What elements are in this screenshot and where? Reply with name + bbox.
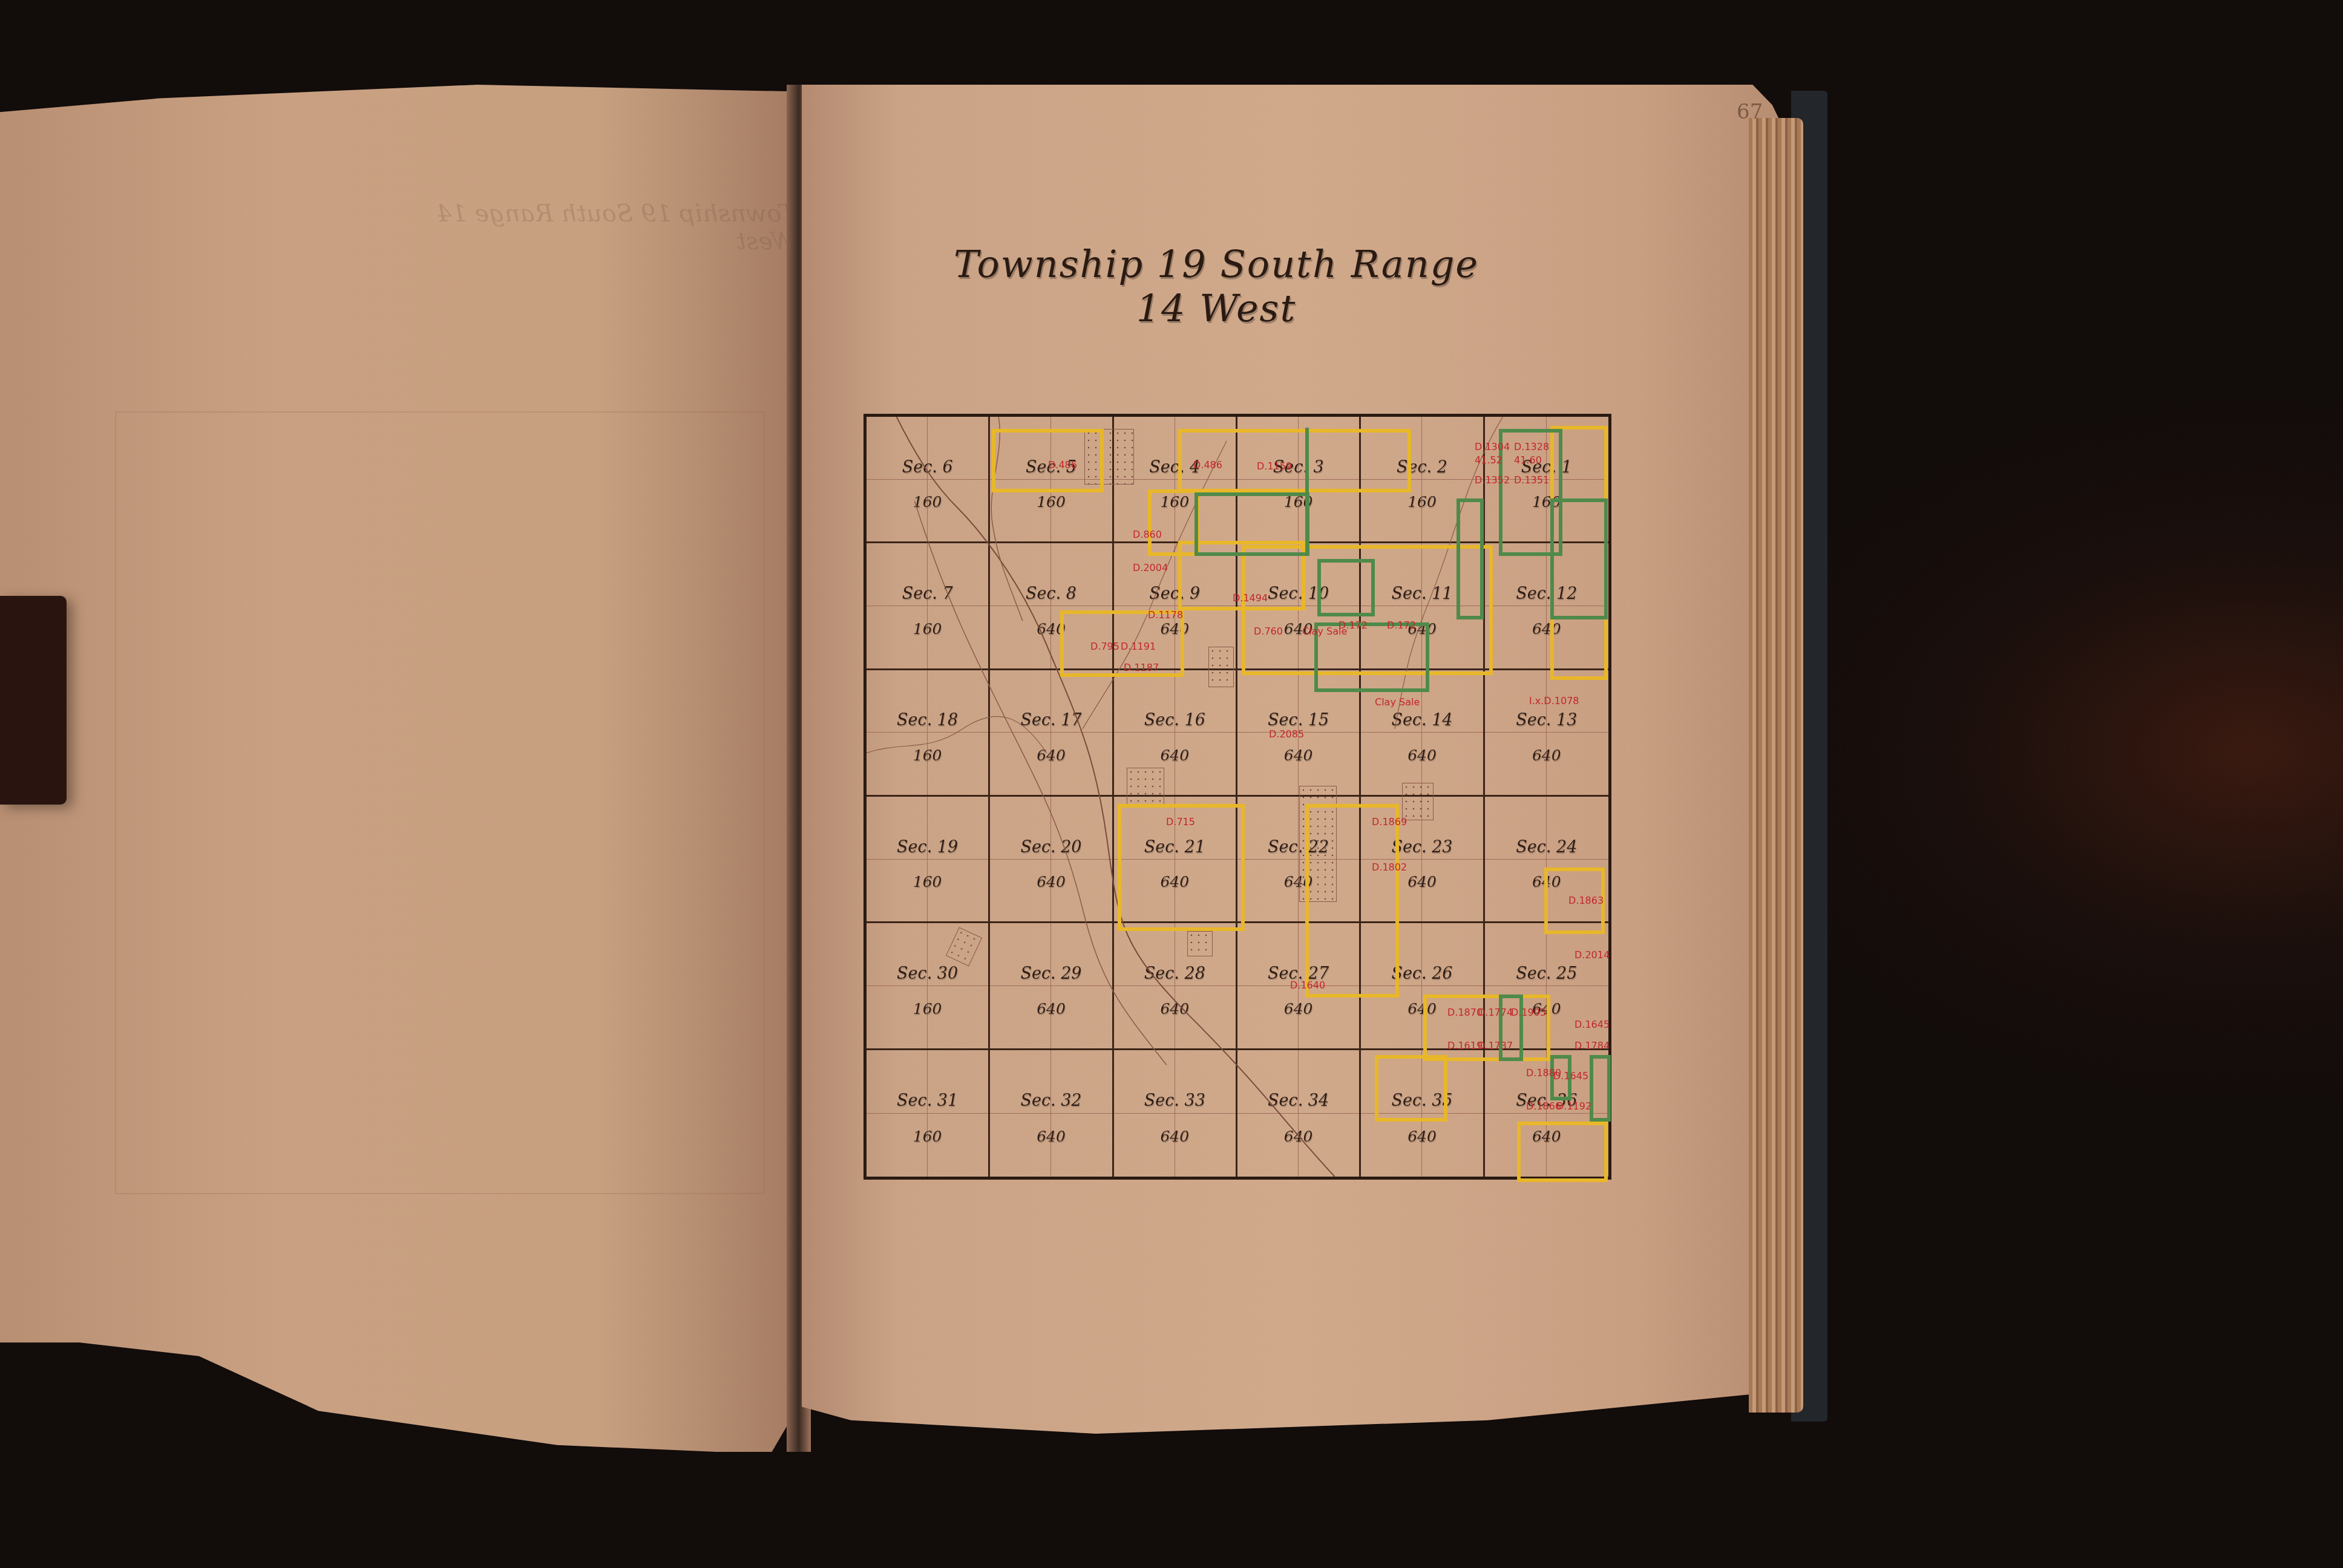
section-label: Sec. 23	[1391, 837, 1452, 856]
section-acres: 640	[1037, 999, 1066, 1017]
section-acres: 640	[1160, 1127, 1189, 1145]
section-25[interactable]: Sec. 25640	[1485, 923, 1608, 1050]
section-label: Sec. 21	[1144, 837, 1205, 856]
section-acres: 640	[1037, 1127, 1066, 1145]
section-label: Sec. 18	[897, 711, 958, 730]
section-3[interactable]: Sec. 3160	[1237, 417, 1361, 543]
section-29[interactable]: Sec. 29640	[990, 923, 1113, 1050]
section-acres: 640	[1407, 746, 1437, 763]
section-acres: 640	[1160, 999, 1189, 1017]
section-label: Sec. 33	[1144, 1091, 1205, 1110]
stippled-area	[1127, 768, 1164, 805]
section-10[interactable]: Sec. 10640	[1237, 543, 1361, 670]
section-label: Sec. 15	[1268, 711, 1329, 730]
section-label: Sec. 8	[1026, 584, 1076, 603]
section-label: Sec. 29	[1020, 964, 1081, 982]
section-acres: 640	[1160, 619, 1189, 637]
section-label: Sec. 26	[1391, 964, 1452, 982]
section-label: Sec. 25	[1516, 964, 1577, 982]
section-17[interactable]: Sec. 17640	[990, 670, 1113, 797]
section-28[interactable]: Sec. 28640	[1114, 923, 1237, 1050]
section-acres: 640	[1532, 1127, 1561, 1145]
entry-note: 41.60	[1514, 454, 1542, 466]
entry-note: D.1645	[1575, 1019, 1610, 1030]
entry-note: D.1178	[1148, 609, 1183, 621]
section-label: Sec. 7	[902, 584, 953, 603]
section-label: Sec. 24	[1516, 837, 1577, 856]
section-acres: 640	[1037, 746, 1066, 763]
entry-note: D.760	[1254, 626, 1283, 637]
stippled-area	[1187, 931, 1213, 956]
section-19[interactable]: Sec. 19160	[867, 797, 990, 923]
section-32[interactable]: Sec. 32640	[990, 1050, 1113, 1177]
section-label: Sec. 4	[1149, 457, 1200, 476]
stippled-area	[1208, 647, 1234, 687]
stippled-area	[1084, 429, 1134, 485]
section-label: Sec. 32	[1020, 1091, 1081, 1110]
stippled-area	[1402, 783, 1434, 820]
entry-note: D.486	[1193, 459, 1222, 471]
section-26[interactable]: Sec. 26640	[1361, 923, 1484, 1050]
section-acres: 160	[1407, 493, 1437, 511]
entry-note: D.1863	[1568, 895, 1604, 906]
section-acres: 160	[1532, 493, 1561, 511]
entry-note: D.2014	[1575, 949, 1610, 961]
background-top	[0, 0, 2343, 97]
entry-note: D.1187	[1124, 662, 1159, 673]
section-acres: 640	[1407, 999, 1437, 1017]
entry-note: D.2004	[1133, 562, 1168, 573]
section-acres: 640	[1160, 746, 1189, 763]
section-label: Sec. 31	[897, 1091, 958, 1110]
left-page: Township 19 South Range 14 West	[0, 85, 796, 1452]
entry-note: D.1191	[1121, 641, 1156, 652]
entry-note: D.486	[1048, 459, 1077, 471]
section-label: Sec. 2	[1397, 457, 1447, 476]
entry-note: D.795	[1090, 641, 1119, 652]
section-label: Sec. 9	[1149, 584, 1200, 603]
page-weight-block	[0, 596, 67, 805]
section-label: Sec. 10	[1268, 584, 1329, 603]
section-6[interactable]: Sec. 6160	[867, 417, 990, 543]
section-acres: 160	[913, 999, 942, 1017]
section-acres: 640	[1037, 619, 1066, 637]
entry-note: D.1905	[1511, 1007, 1546, 1018]
section-label: Sec. 19	[897, 837, 958, 856]
section-label: Sec. 28	[1144, 964, 1205, 982]
entry-note: D.1737	[1478, 1040, 1513, 1051]
section-acres: 160	[1037, 493, 1066, 511]
section-11[interactable]: Sec. 11640	[1361, 543, 1484, 670]
entry-note: D.1494	[1233, 592, 1268, 604]
stippled-area	[1299, 786, 1337, 902]
section-label: Sec. 17	[1020, 711, 1081, 730]
section-7[interactable]: Sec. 7160	[867, 543, 990, 670]
section-35[interactable]: Sec. 35640	[1361, 1050, 1484, 1177]
entry-note: D.172	[1387, 619, 1416, 631]
entry-note: D.1640	[1290, 979, 1325, 991]
section-acres: 640	[1532, 746, 1561, 763]
entry-note: Clay Sale	[1302, 626, 1347, 637]
entry-note: D.1774	[1478, 1007, 1513, 1018]
entry-note: D.1802	[1372, 861, 1407, 873]
bleed-through-grid	[115, 411, 765, 1194]
section-20[interactable]: Sec. 20640	[990, 797, 1113, 923]
section-31[interactable]: Sec. 31160	[867, 1050, 990, 1177]
page-stack-edges	[1749, 118, 1803, 1413]
entry-note: D.2085	[1269, 728, 1304, 740]
section-label: Sec. 6	[902, 457, 953, 476]
entry-note: D.1159	[1257, 460, 1292, 472]
section-acres: 640	[1284, 746, 1313, 763]
section-acres: 640	[1160, 873, 1189, 890]
entry-note: D.1351	[1514, 474, 1549, 486]
section-18[interactable]: Sec. 18160	[867, 670, 990, 797]
entry-note: 41.52	[1475, 454, 1502, 466]
section-14[interactable]: Sec. 14640	[1361, 670, 1484, 797]
section-label: Sec. 34	[1268, 1091, 1329, 1110]
section-acres: 160	[913, 619, 942, 637]
map-title: Township 19 South Range 14 West	[944, 242, 1489, 330]
section-label: Sec. 14	[1391, 711, 1452, 730]
entry-note: D.1192	[1556, 1100, 1591, 1112]
entry-note: D.715	[1166, 816, 1195, 828]
section-13[interactable]: Sec. 13640	[1485, 670, 1608, 797]
entry-note: I.x.D.1078	[1529, 695, 1579, 707]
section-label: Sec. 20	[1020, 837, 1081, 856]
section-acres: 640	[1407, 1127, 1437, 1145]
section-acres: 640	[1532, 873, 1561, 890]
township-plat-map: Sec. 6160 Sec. 5160 Sec. 4160 Sec. 3160 …	[863, 414, 1611, 1180]
section-grid: Sec. 6160 Sec. 5160 Sec. 4160 Sec. 3160 …	[867, 417, 1608, 1177]
section-acres: 640	[1532, 619, 1561, 637]
section-label: Sec. 30	[897, 964, 958, 982]
entry-note: Clay Sale	[1375, 696, 1420, 708]
section-acres: 640	[1407, 873, 1437, 890]
entry-note: D.1352	[1475, 474, 1510, 486]
section-acres: 160	[913, 493, 942, 511]
section-acres: 160	[913, 1127, 942, 1145]
section-12[interactable]: Sec. 12640	[1485, 543, 1608, 670]
entry-note: D.1304	[1475, 441, 1510, 452]
section-acres: 640	[1284, 1127, 1313, 1145]
section-acres: 640	[1037, 873, 1066, 890]
section-label: Sec. 13	[1516, 711, 1577, 730]
section-label: Sec. 12	[1516, 584, 1577, 603]
page-number: 67	[1737, 100, 1763, 124]
section-acres: 160	[1160, 493, 1189, 511]
bleed-through-title: Township 19 South Range 14 West	[424, 200, 796, 255]
entry-note: D.1784	[1575, 1040, 1610, 1051]
section-33[interactable]: Sec. 33640	[1114, 1050, 1237, 1177]
entry-note: D.1869	[1372, 816, 1407, 828]
section-acres: 160	[1284, 493, 1313, 511]
entry-note: D.1328	[1514, 441, 1549, 452]
section-34[interactable]: Sec. 34640	[1237, 1050, 1361, 1177]
entry-note: D.1645	[1553, 1070, 1588, 1082]
section-label: Sec. 16	[1144, 711, 1205, 730]
section-label: Sec. 11	[1391, 584, 1452, 603]
section-acres: 640	[1284, 999, 1313, 1017]
section-label: Sec. 35	[1391, 1091, 1452, 1110]
section-acres: 160	[913, 873, 942, 890]
section-acres: 160	[913, 746, 942, 763]
entry-note: D.860	[1133, 529, 1162, 540]
section-2[interactable]: Sec. 2160	[1361, 417, 1484, 543]
